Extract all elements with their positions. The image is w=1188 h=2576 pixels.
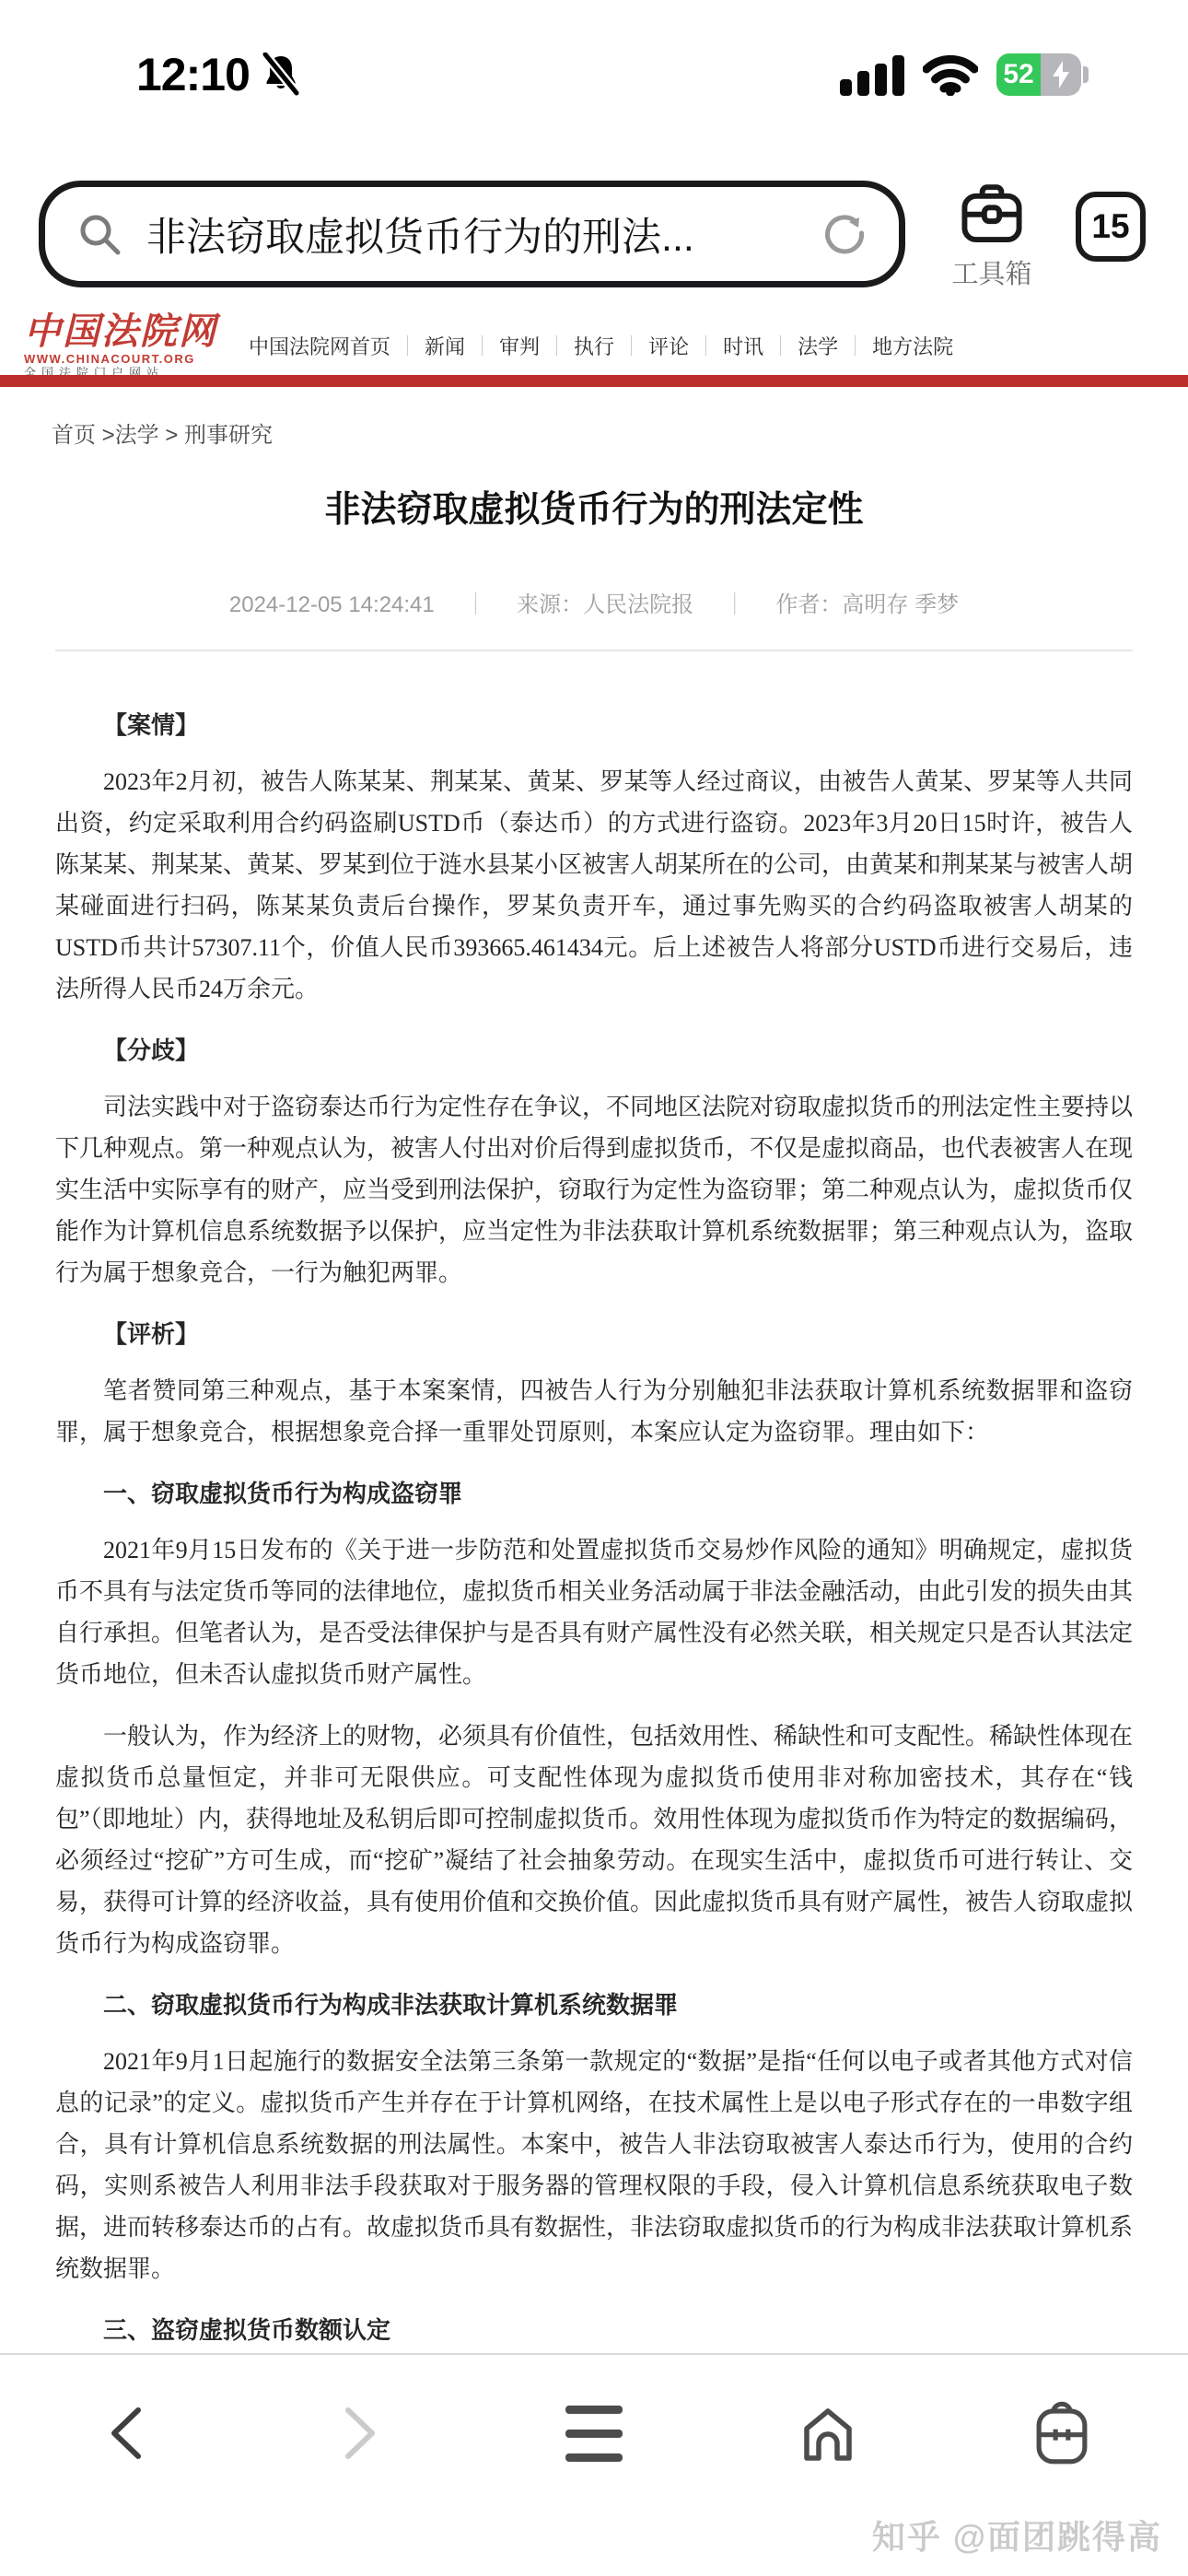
header-accent-bar: [0, 375, 1188, 387]
article-paragraph: 2023年2月初，被告人陈某某、荆某某、黄某、罗某等人经过商议，由被告人黄某、罗…: [55, 761, 1133, 1010]
article-paragraph: 2021年9月1日起施行的数据安全法第三条第一款规定的“数据”是指“任何以电子或…: [55, 2041, 1133, 2289]
home-button[interactable]: [796, 2401, 860, 2465]
article-paragraph: 2021年9月15日发布的《关于进一步防范和处置虚拟货币交易炒作风险的通知》明确…: [55, 1529, 1133, 1695]
tab-count: 15: [1091, 207, 1129, 246]
meta-underline: [55, 650, 1133, 651]
site-nav: 中国法院网首页新闻审判执行评论时讯法学地方法院: [249, 332, 953, 360]
nav-separator: [556, 335, 557, 356]
charging-bolt-icon: [1041, 53, 1081, 96]
nav-separator: [855, 335, 856, 356]
nav-separator: [780, 335, 781, 356]
status-bar: 12:10 52: [0, 0, 1188, 120]
nav-item[interactable]: 执行: [574, 332, 614, 360]
battery-indicator: 52: [996, 53, 1089, 96]
section-heading: 【案情】: [55, 705, 1133, 746]
article: 非法窃取虚拟货币行为的刑法定性 2024-12-05 14:24:41 ｜ 来源…: [55, 461, 1133, 2353]
meta-divider: ｜: [724, 592, 746, 617]
nav-item[interactable]: 审判: [499, 332, 540, 360]
toolbox-briefcase-icon: [959, 182, 1025, 245]
site-logo[interactable]: 中国法院网 WWW.CHINACOURT.ORG 全国法院门户网站: [24, 313, 217, 379]
back-button[interactable]: [94, 2401, 158, 2465]
site-logo-title: 中国法院网: [24, 313, 217, 350]
article-date: 2024-12-05 14:24:41: [229, 592, 435, 617]
site-header: 中国法院网 WWW.CHINACOURT.ORG 全国法院门户网站 中国法院网首…: [0, 315, 1188, 376]
section-heading: 【分歧】: [55, 1030, 1133, 1071]
section-heading: 二、窃取虚拟货币行为构成非法获取计算机系统数据罪: [55, 1985, 1133, 2026]
nav-separator: [482, 335, 483, 356]
refresh-icon[interactable]: [821, 211, 868, 257]
nav-item[interactable]: 中国法院网首页: [249, 332, 390, 360]
battery-percent: 52: [1003, 59, 1033, 90]
section-heading: 三、盗窃虚拟货币数额认定: [55, 2310, 1133, 2351]
mute-bell-icon: [261, 53, 301, 97]
article-source: 来源：人民法院报: [517, 592, 693, 617]
menu-lines-icon: [565, 2406, 623, 2462]
site-logo-url: WWW.CHINACOURT.ORG: [24, 353, 217, 365]
toolbox-label: 工具箱: [932, 253, 1052, 291]
search-query-text[interactable]: 非法窃取虚拟货币行为的刑法...: [146, 206, 821, 263]
section-heading: 【评析】: [55, 1314, 1133, 1355]
breadcrumb[interactable]: 首页 >法学 > 刑事研究: [52, 416, 273, 449]
clock: 12:10: [136, 48, 250, 101]
nav-separator: [631, 335, 632, 356]
article-meta: 2024-12-05 14:24:41 ｜ 来源：人民法院报 ｜ 作者：高明存 …: [55, 586, 1133, 618]
meta-divider: ｜: [464, 592, 486, 617]
toolbox-button[interactable]: 工具箱: [932, 182, 1052, 291]
tab-counter-button[interactable]: 15: [1076, 192, 1146, 262]
address-search-bar[interactable]: 非法窃取虚拟货币行为的刑法...: [39, 181, 905, 287]
nav-separator: [705, 335, 706, 356]
nav-item[interactable]: 地方法院: [872, 332, 953, 360]
forward-button[interactable]: [328, 2401, 392, 2465]
article-body: 【案情】2023年2月初，被告人陈某某、荆某某、黄某、罗某等人经过商议，由被告人…: [55, 705, 1133, 2353]
nav-separator: [407, 335, 408, 356]
briefcase-button[interactable]: [1030, 2401, 1094, 2465]
cellular-signal-icon: [840, 55, 904, 96]
section-heading: 一、窃取虚拟货币行为构成盗窃罪: [55, 1473, 1133, 1515]
nav-item[interactable]: 时讯: [723, 332, 763, 360]
search-icon: [76, 211, 122, 257]
article-paragraph: 一般认为，作为经济上的财物，必须具有价值性，包括效用性、稀缺性和可支配性。稀缺性…: [55, 1715, 1133, 1964]
page-title: 非法窃取虚拟货币行为的刑法定性: [55, 481, 1133, 533]
nav-item[interactable]: 法学: [798, 332, 838, 360]
article-paragraph: 笔者赞同第三种观点，基于本案案情，四被告人行为分别触犯非法获取计算机系统数据罪和…: [55, 1370, 1133, 1453]
zhihu-watermark: 知乎 @面团跳得高: [872, 2512, 1162, 2558]
nav-item[interactable]: 新闻: [425, 332, 465, 360]
wifi-icon: [923, 53, 978, 96]
article-author: 作者：高明存 季梦: [775, 592, 959, 617]
browser-bottom-toolbar: 知乎 @面团跳得高: [0, 2353, 1188, 2576]
article-paragraph: 司法实践中对于盗窃泰达币行为定性存在争议，不同地区法院对窃取虚拟货币的刑法定性主…: [55, 1086, 1133, 1294]
menu-button[interactable]: [562, 2401, 626, 2465]
nav-item[interactable]: 评论: [648, 332, 689, 360]
